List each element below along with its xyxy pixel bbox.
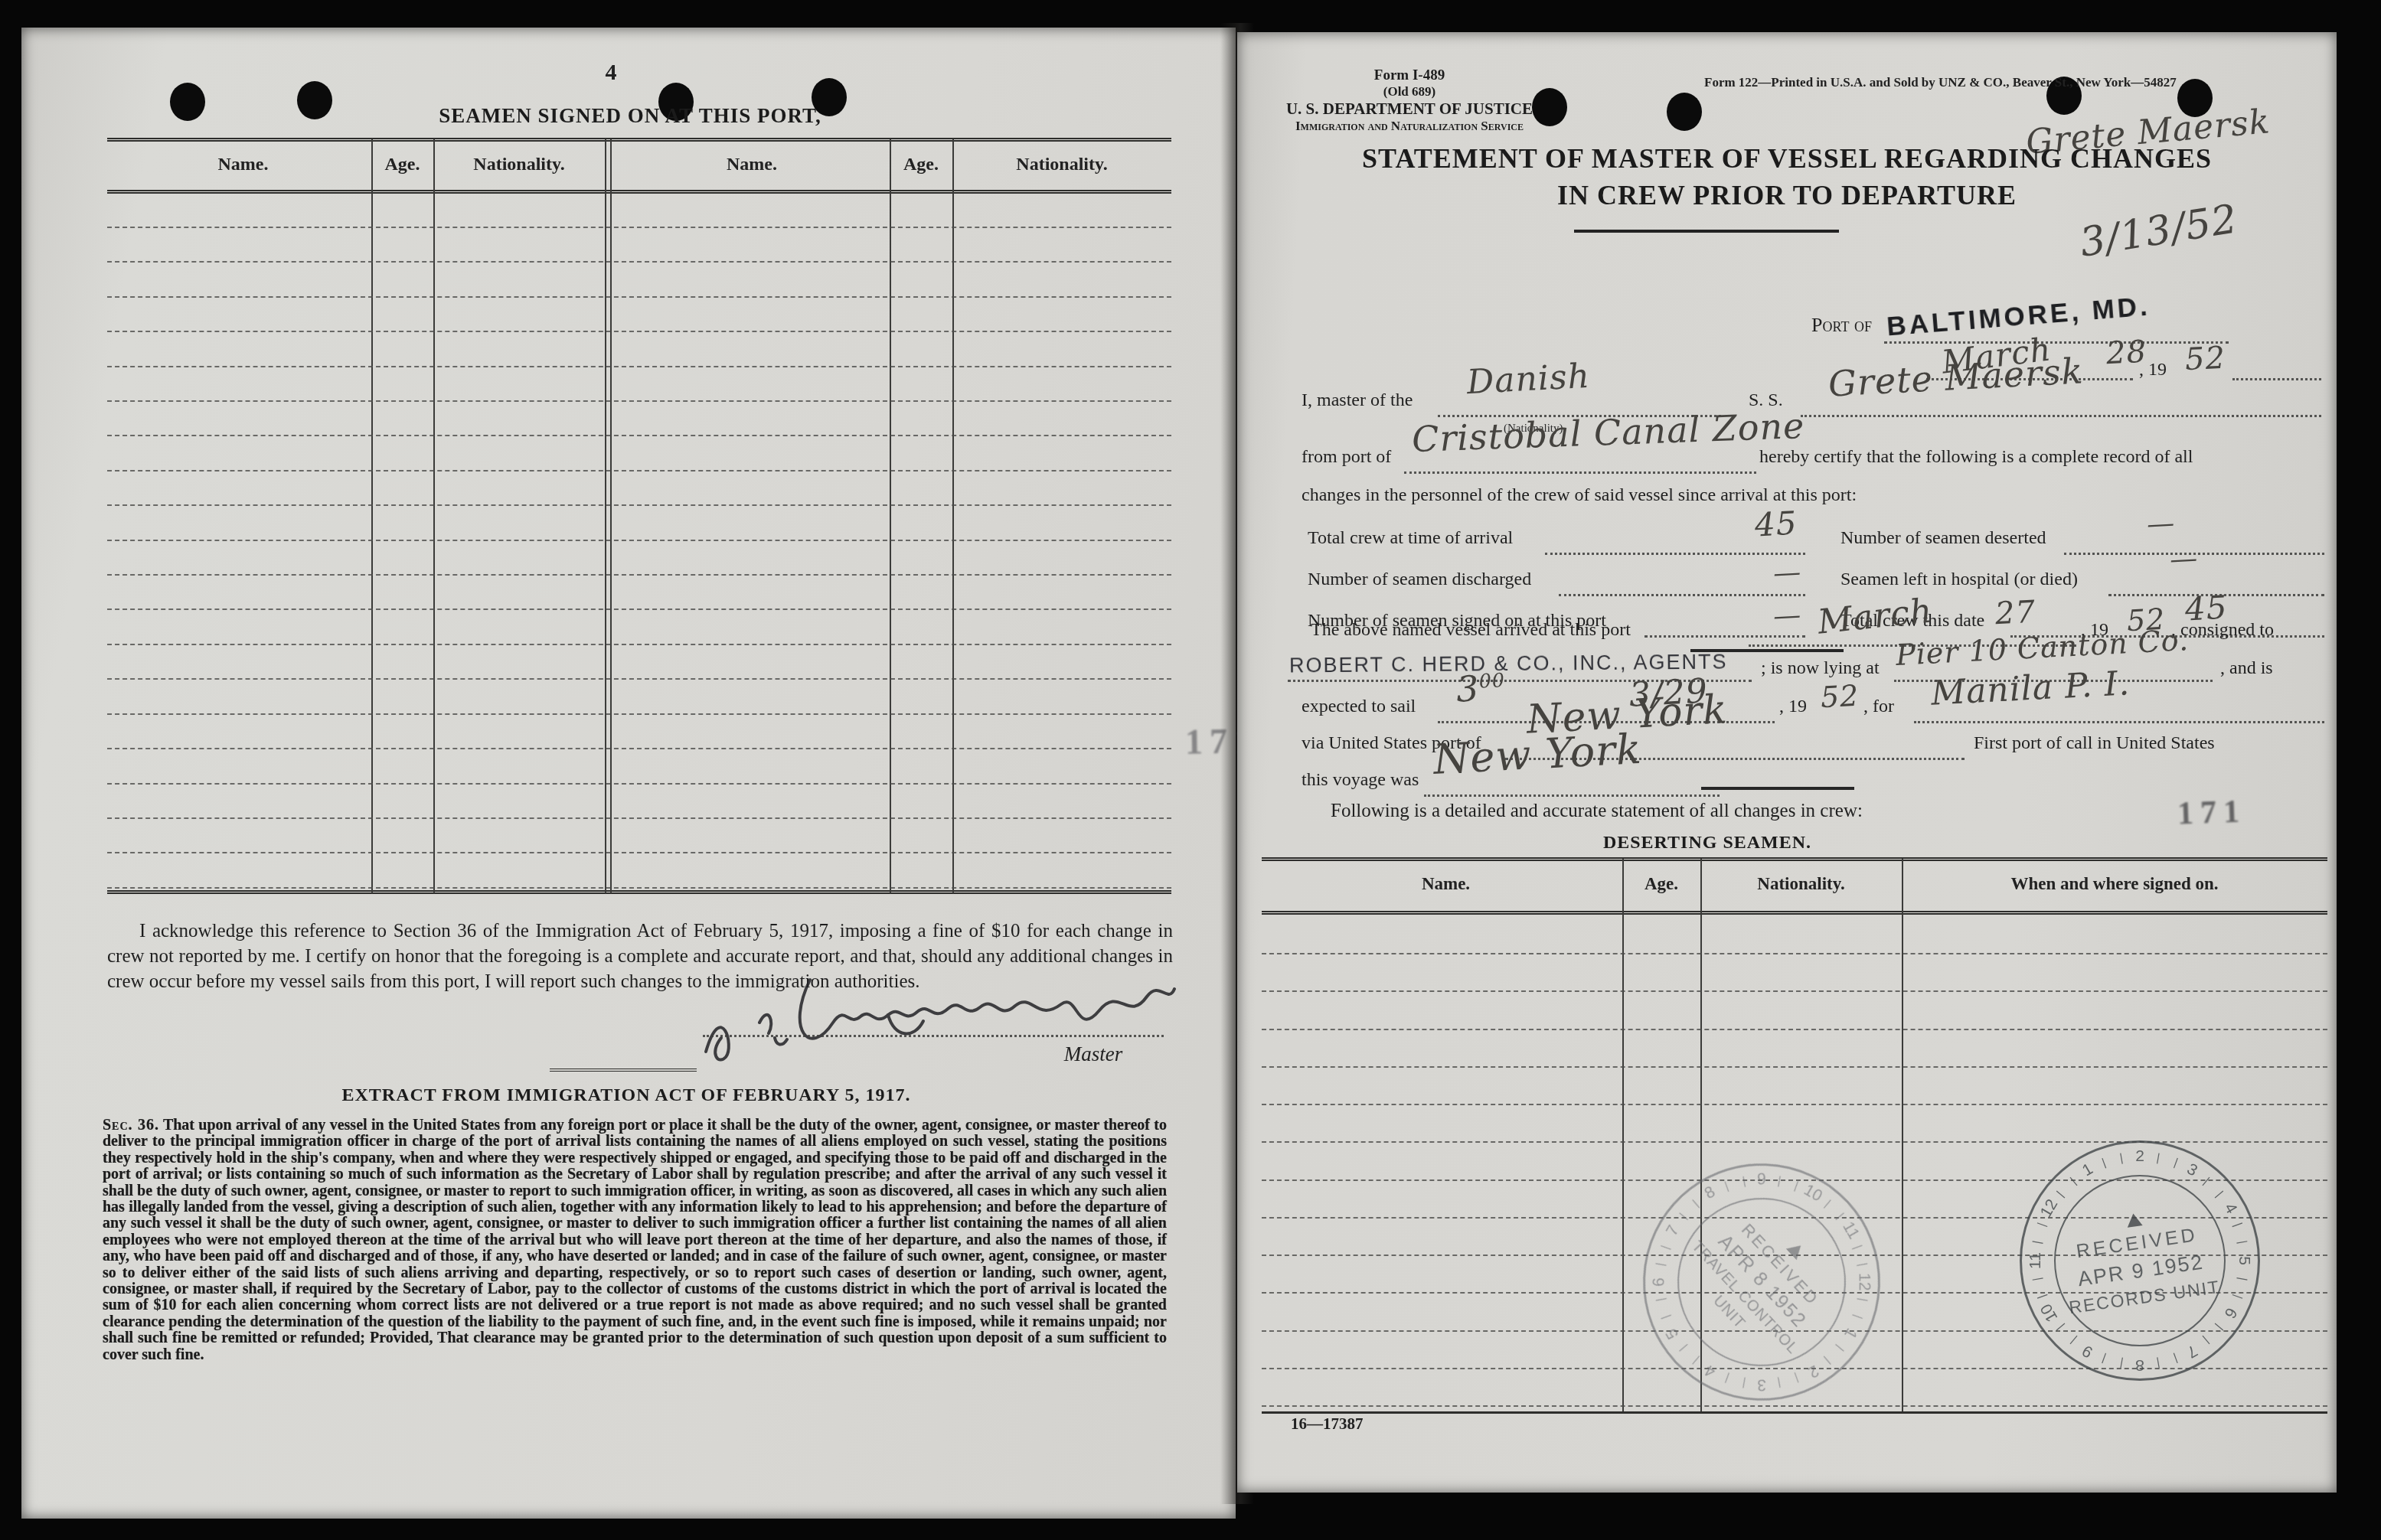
printed-19: , 19 xyxy=(2139,360,2167,380)
sail-time: 3 xyxy=(1455,667,1481,710)
handwritten-sail-time: 300 xyxy=(1455,666,1507,710)
handwritten-destination: Manila P. I. xyxy=(1930,664,2131,713)
stat-deserted-label: Number of seamen deserted xyxy=(1840,528,2046,549)
seamen-signed-title: SEAMEN SIGNED ON AT THIS PORT, xyxy=(228,104,1032,128)
service-name: Immigration and Naturalization Service xyxy=(1268,119,1551,134)
first-port-label: First port of call in United States xyxy=(1974,733,2215,754)
col-header-age: Age. xyxy=(1622,874,1700,894)
handwritten-arrival-month: March xyxy=(1816,591,1935,641)
handwritten-arrival-day: 27 xyxy=(1994,595,2036,632)
date-line-tail xyxy=(2232,378,2321,380)
handwritten-sail-year: 52 xyxy=(1820,679,1860,715)
form-old-number: (Old 689) xyxy=(1268,84,1551,100)
stat-discharged-label: Number of seamen discharged xyxy=(1308,569,1531,590)
lying-post: , and is xyxy=(2220,658,2273,679)
master-label: Master xyxy=(1017,1042,1170,1066)
number-171-stamp: 171 xyxy=(2177,793,2247,832)
left-page: 4 SEAMEN SIGNED ON AT THIS PORT, Name. A… xyxy=(21,28,1236,1519)
empty-table-rows xyxy=(107,227,1171,889)
handwritten-first-port: New York xyxy=(1432,725,1644,784)
table-header-rule xyxy=(107,190,1171,194)
col-header-name: Name. xyxy=(115,155,371,175)
plate-number: 16—17387 xyxy=(1291,1414,1364,1434)
col-header-age: Age. xyxy=(371,155,433,175)
table-bottom-rule xyxy=(1262,1411,2327,1414)
sec36-text: That upon arrival of any vessel in the U… xyxy=(103,1117,1167,1363)
sec36-paragraph: Sec. 36. That upon arrival of any vessel… xyxy=(103,1117,1167,1363)
changes-line: changes in the personnel of the crew of … xyxy=(1302,485,1857,506)
voyage-pre: this voyage was xyxy=(1302,770,1419,791)
table-bottom-rule xyxy=(107,890,1171,894)
from-port-post: hereby certify that the following is a c… xyxy=(1759,447,2193,468)
form-title-line2: IN CREW PRIOR TO DEPARTURE xyxy=(1253,179,2321,211)
department-name: U. S. DEPARTMENT OF JUSTICE xyxy=(1268,100,1551,119)
col-header-name: Name. xyxy=(1269,874,1622,894)
deserting-seamen-title: DESERTING SEAMEN. xyxy=(1516,833,1899,853)
stat-deserted-value: — xyxy=(2146,507,2176,540)
lying-pre: ; is now lying at xyxy=(1761,658,1880,679)
table-top-rule xyxy=(1262,857,2327,861)
extract-divider xyxy=(550,1069,697,1072)
from-port-line xyxy=(1404,471,1756,474)
from-port-pre: from port of xyxy=(1302,447,1391,468)
handwritten-from-port: Cristobal Canal Zone xyxy=(1411,405,1805,460)
page-number: 4 xyxy=(588,60,634,86)
arrow-up-icon xyxy=(1786,1240,1806,1260)
port-line xyxy=(1884,341,2229,344)
records-unit-received-stamp: 1||2||3||4||5||6||7||8||9||10||11||12|| … xyxy=(2020,1140,2260,1381)
stat-hospital-value: — xyxy=(2169,543,2199,576)
stat-arrival-label: Total crew at time of arrival xyxy=(1308,528,1513,549)
form-number: Form I-489 xyxy=(1268,67,1551,84)
table-header-rule xyxy=(1262,911,2327,915)
printer-note: Form 122—Printed in U.S.A. and Sold by U… xyxy=(1704,75,2337,90)
for-label: , for xyxy=(1863,697,1894,717)
voyage-line xyxy=(1424,794,1720,797)
signature-line xyxy=(703,1035,1164,1037)
stat-hospital-label: Seamen left in hospital (or died) xyxy=(1840,569,2078,590)
ship-name-line xyxy=(1801,415,2321,417)
col-header-nationality: Nationality. xyxy=(952,155,1171,175)
col-header-nationality: Nationality. xyxy=(433,155,605,175)
col-header-nationality: Nationality. xyxy=(1700,874,1902,894)
sail-pre: expected to sail xyxy=(1302,697,1416,717)
handwritten-ship-name: Grete Maersk xyxy=(1827,350,2085,404)
handwritten-year: 52 xyxy=(2184,341,2226,378)
stat-line xyxy=(1559,594,1805,596)
stat-signed-on-value: — xyxy=(1772,599,1802,632)
arrow-up-icon xyxy=(2125,1212,2142,1228)
stat-line xyxy=(1545,553,1805,555)
form-id-block: Form I-489 (Old 689) U. S. DEPARTMENT OF… xyxy=(1268,67,1551,134)
port-of-label: Port of xyxy=(1811,314,1872,337)
arrived-pre: The above named vessel arrived at this p… xyxy=(1311,620,1631,641)
col-header-name: Name. xyxy=(614,155,890,175)
title-underline xyxy=(1574,230,1839,233)
extract-title: EXTRACT FROM IMMIGRATION ACT OF FEBRUARY… xyxy=(220,1085,1032,1106)
handwritten-nationality: Danish xyxy=(1466,357,1591,402)
punch-hole xyxy=(170,83,205,121)
col-header-signed-on: When and where signed on. xyxy=(1902,874,2327,894)
destination-line xyxy=(1914,721,2324,723)
sec36-lead: Sec. 36. xyxy=(103,1117,159,1134)
punch-hole xyxy=(1667,93,1702,131)
col-header-age: Age. xyxy=(890,155,952,175)
following-line: Following is a detailed and accurate sta… xyxy=(1331,801,1863,822)
stat-arrival-value: 45 xyxy=(1754,504,1798,544)
stat-discharged-value: — xyxy=(1772,556,1802,589)
form-title-line1: STATEMENT OF MASTER OF VESSEL REGARDING … xyxy=(1253,142,2321,175)
master-line-pre: I, master of the xyxy=(1302,390,1413,411)
stat-line xyxy=(1644,635,1805,638)
sail-time-sup: 00 xyxy=(1478,669,1506,693)
section-divider xyxy=(1701,787,1854,790)
printed-19b: , 19 xyxy=(1779,697,1807,717)
table-top-rule xyxy=(107,138,1171,142)
